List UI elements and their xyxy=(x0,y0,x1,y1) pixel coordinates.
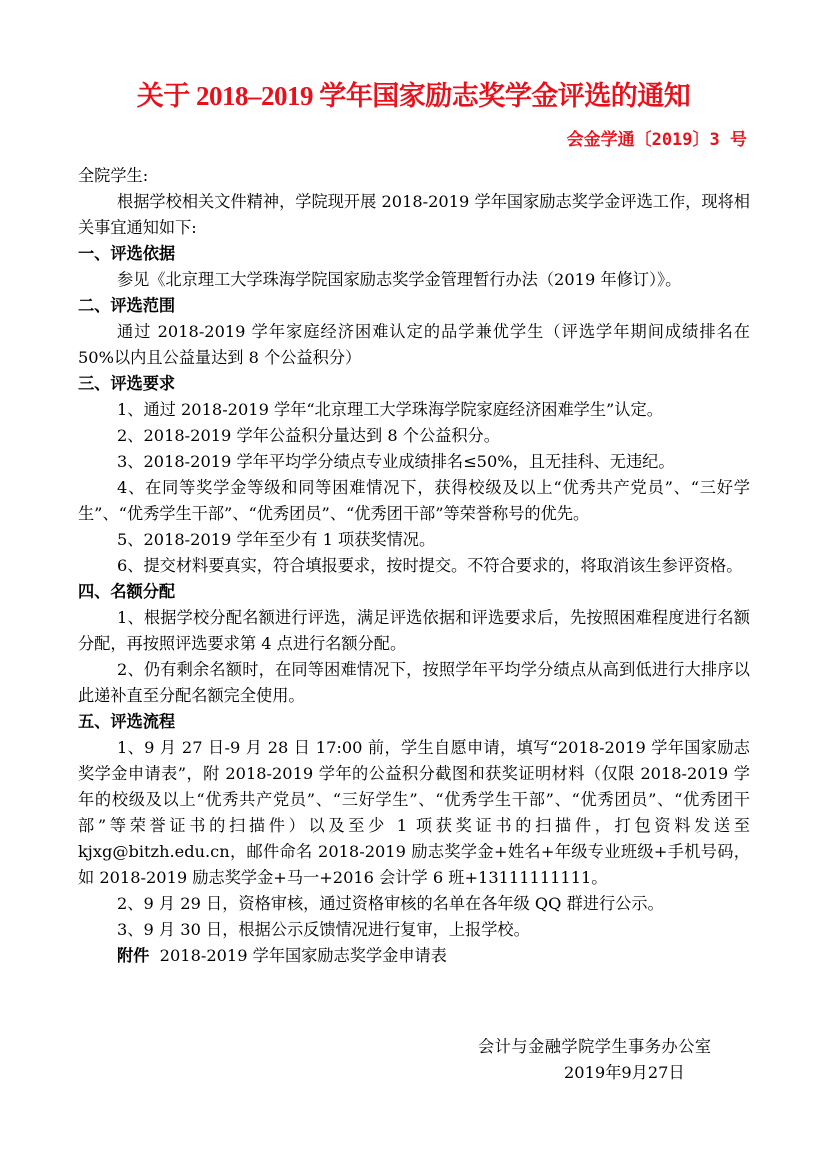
section-paragraph: 参见《北京理工大学珠海学院国家励志奖学金管理暂行办法（2019 年修订）》。 xyxy=(78,267,750,293)
quota-item: 2、仍有剩余名额时，在同等困难情况下，按照学年平均学分绩点从高到低进行大排序以此… xyxy=(78,657,750,709)
salutation: 全院学生: xyxy=(78,163,750,189)
issue-date: 2019年9月27日 xyxy=(470,1060,760,1086)
process-item: 3、9 月 30 日，根据公示反馈情况进行复审，上报学校。 xyxy=(78,917,750,943)
section-heading-process: 五、评选流程 xyxy=(78,709,750,735)
process-item: 1、9 月 27 日-9 月 28 日 17:00 前，学生自愿申请，填写“20… xyxy=(78,735,750,891)
issuing-office: 会计与金融学院学生事务办公室 xyxy=(470,1034,760,1060)
notice-title: 关于 2018–2019 学年国家励志奖学金评选的通知 xyxy=(0,79,827,113)
section-heading-basis: 一、评选依据 xyxy=(78,241,750,267)
process-item: 2、9 月 29 日，资格审核，通过资格审核的名单在各年级 QQ 群进行公示。 xyxy=(78,891,750,917)
requirement-item: 2、2018-2019 学年公益积分量达到 8 个公益积分。 xyxy=(78,423,750,449)
requirement-item: 1、通过 2018-2019 学年“北京理工大学珠海学院家庭经济困难学生”认定。 xyxy=(78,397,750,423)
signature-block: 会计与金融学院学生事务办公室 2019年9月27日 xyxy=(470,1034,760,1086)
document-number: 会金学通〔2019〕3 号 xyxy=(567,128,747,152)
requirement-item: 5、2018-2019 学年至少有 1 项获奖情况。 xyxy=(78,527,750,553)
section-paragraph: 通过 2018-2019 学年家庭经济困难认定的品学兼优学生（评选学年期间成绩排… xyxy=(78,319,750,371)
attachment-label: 附件 xyxy=(117,946,149,965)
section-heading-requirements: 三、评选要求 xyxy=(78,371,750,397)
requirement-item: 6、提交材料要真实，符合填报要求，按时提交。不符合要求的，将取消该生参评资格。 xyxy=(78,553,750,579)
intro-paragraph: 根据学校相关文件精神，学院现开展 2018-2019 学年国家励志奖学金评选工作… xyxy=(78,189,750,241)
attachment-line: 附件 2018-2019 学年国家励志奖学金申请表 xyxy=(78,943,750,969)
requirement-item: 3、2018-2019 学年平均学分绩点专业成绩排名≤50%，且无挂科、无违纪。 xyxy=(78,449,750,475)
section-heading-quota: 四、名额分配 xyxy=(78,579,750,605)
attachment-text: 2018-2019 学年国家励志奖学金申请表 xyxy=(160,946,447,965)
requirement-item: 4、在同等奖学金等级和同等困难情况下，获得校级及以上“优秀共产党员”、“三好学生… xyxy=(78,475,750,527)
section-heading-scope: 二、评选范围 xyxy=(78,293,750,319)
quota-item: 1、根据学校分配名额进行评选，满足评选依据和评选要求后，先按照困难程度进行名额分… xyxy=(78,605,750,657)
notice-body: 全院学生: 根据学校相关文件精神，学院现开展 2018-2019 学年国家励志奖… xyxy=(78,163,750,969)
